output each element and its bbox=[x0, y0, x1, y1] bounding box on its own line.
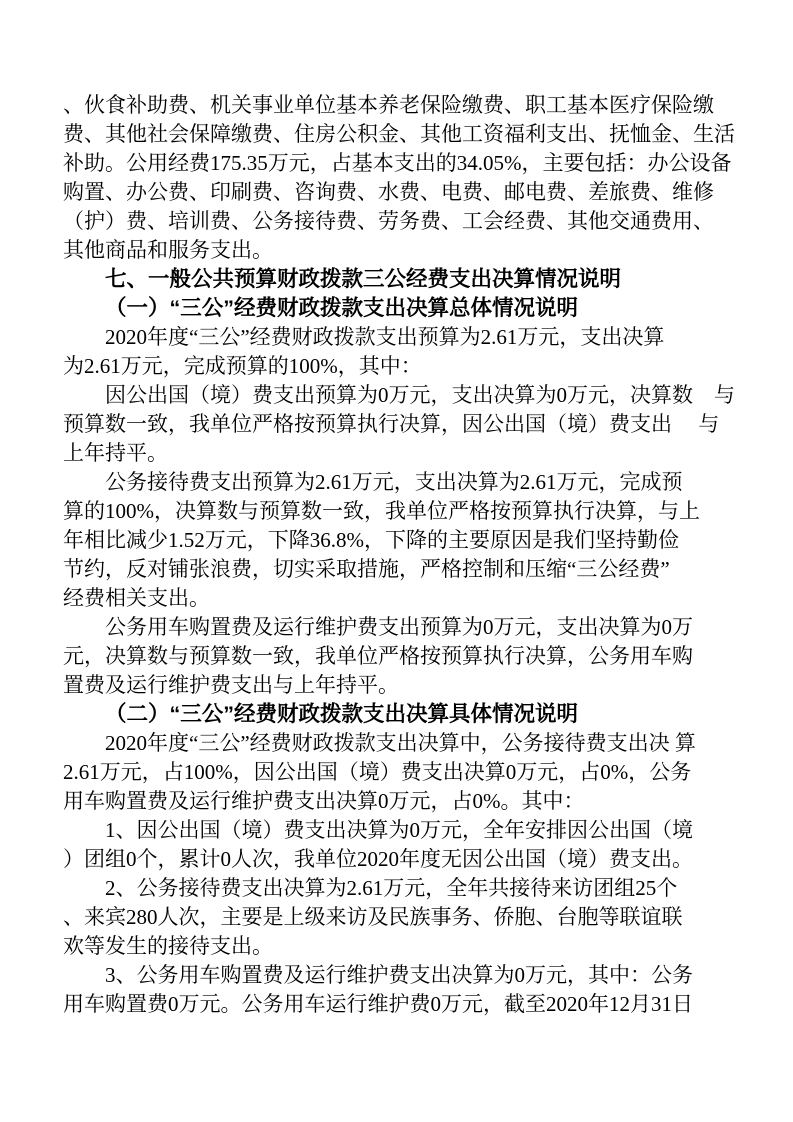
text-line: （护）费、培训费、公务接待费、劳务费、工会经费、其他交通费用、 bbox=[63, 207, 743, 236]
heading-line: （二）“三公”经费财政拨款支出决算具体情况说明 bbox=[63, 700, 743, 729]
document-page: 、伙食补助费、机关事业单位基本养老保险缴费、职工基本医疗保险缴费、其他社会保障缴… bbox=[0, 0, 793, 1122]
text-line: 费、其他社会保障缴费、住房公积金、其他工资福利支出、抚恤金、生活 bbox=[63, 120, 743, 149]
text-line: 3、公务用车购置费及运行维护费支出决算为0万元，其中：公务 bbox=[63, 961, 743, 990]
text-line: 为2.61万元，完成预算的100%，其中： bbox=[63, 352, 743, 381]
text-line: 公务用车购置费及运行维护费支出预算为0万元，支出决算为0万 bbox=[63, 613, 743, 642]
text-line: 公务接待费支出预算为2.61万元，支出决算为2.61万元，完成预 bbox=[63, 468, 743, 497]
text-line: 年相比减少1.52万元，下降36.8%，下降的主要原因是我们坚持勤俭 bbox=[63, 526, 743, 555]
text-line: 预算数一致，我单位严格按预算执行决算，因公出国（境）费支出 与 bbox=[63, 410, 743, 439]
text-line: 2.61万元，占100%，因公出国（境）费支出决算0万元，占0%，公务 bbox=[63, 758, 743, 787]
text-line: 用车购置费0万元。公务用车运行维护费0万元，截至2020年12月31日 bbox=[63, 990, 743, 1019]
text-line: 购置、办公费、印刷费、咨询费、水费、电费、邮电费、差旅费、维修 bbox=[63, 178, 743, 207]
text-line: 上年持平。 bbox=[63, 439, 743, 468]
text-line: 算的100%，决算数与预算数一致，我单位严格按预算执行决算，与上 bbox=[63, 497, 743, 526]
text-block: 、伙食补助费、机关事业单位基本养老保险缴费、职工基本医疗保险缴费、其他社会保障缴… bbox=[63, 91, 743, 1019]
text-line: ）团组0个，累计0人次，我单位2020年度无因公出国（境）费支出。 bbox=[63, 845, 743, 874]
text-line: 1、因公出国（境）费支出决算为0万元，全年安排因公出国（境 bbox=[63, 816, 743, 845]
text-line: 经费相关支出。 bbox=[63, 584, 743, 613]
text-line: 节约，反对铺张浪费，切实采取措施，严格控制和压缩“三公经费” bbox=[63, 555, 743, 584]
text-line: 置费及运行维护费支出与上年持平。 bbox=[63, 671, 743, 700]
text-line: 补助。公用经费175.35万元，占基本支出的34.05%，主要包括：办公设备 bbox=[63, 149, 743, 178]
text-line: 2020年度“三公”经费财政拨款支出预算为2.61万元，支出决算 bbox=[63, 323, 743, 352]
text-line: 因公出国（境）费支出预算为0万元，支出决算为0万元，决算数 与 bbox=[63, 381, 743, 410]
text-line: 2、公务接待费支出决算为2.61万元，全年共接待来访团组25个 bbox=[63, 874, 743, 903]
heading-line: （一）“三公”经费财政拨款支出决算总体情况说明 bbox=[63, 294, 743, 323]
text-line: 、来宾280人次，主要是上级来访及民族事务、侨胞、台胞等联谊联 bbox=[63, 903, 743, 932]
heading-line: 七、一般公共预算财政拨款三公经费支出决算情况说明 bbox=[63, 265, 743, 294]
text-line: 2020年度“三公”经费财政拨款支出决算中，公务接待费支出决 算 bbox=[63, 729, 743, 758]
text-line: 用车购置费及运行维护费支出决算0万元，占0%。其中： bbox=[63, 787, 743, 816]
text-line: 、伙食补助费、机关事业单位基本养老保险缴费、职工基本医疗保险缴 bbox=[63, 91, 743, 120]
text-line: 欢等发生的接待支出。 bbox=[63, 932, 743, 961]
text-line: 其他商品和服务支出。 bbox=[63, 236, 743, 265]
text-line: 元，决算数与预算数一致，我单位严格按预算执行决算，公务用车购 bbox=[63, 642, 743, 671]
